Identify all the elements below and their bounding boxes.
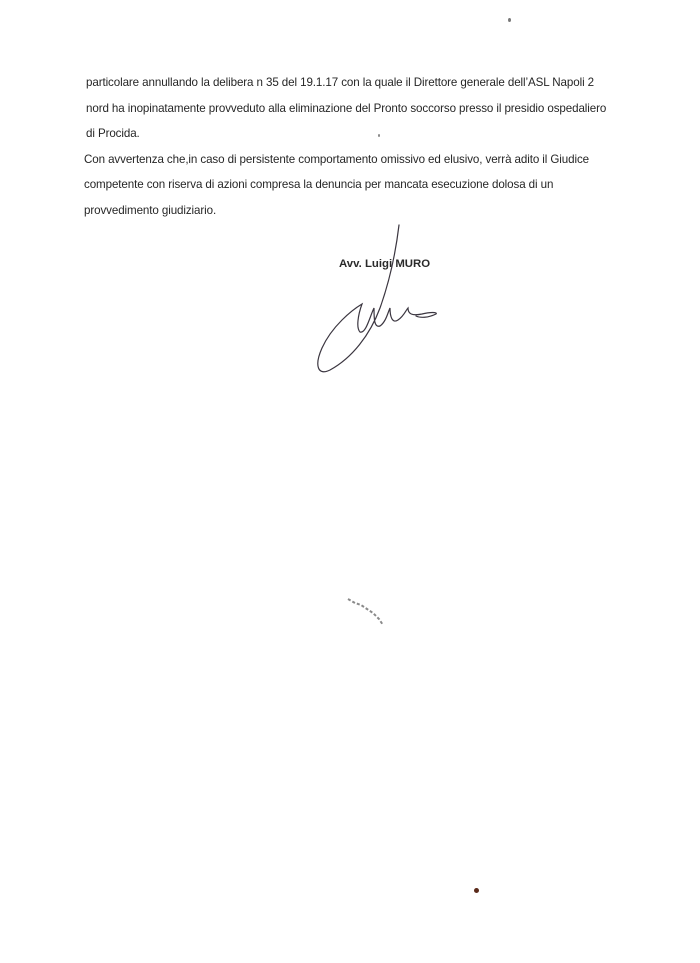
scan-artifact [508, 18, 511, 22]
scan-artifact [378, 134, 380, 137]
text-line: particolare annullando la delibera n 35 … [86, 76, 594, 89]
text-line: di Procida. [86, 127, 140, 140]
scan-artifact [345, 595, 390, 630]
text-line: Con avvertenza che,in caso di persistent… [84, 153, 589, 166]
text-line: provvedimento giudiziario. [84, 204, 216, 217]
scan-artifact [474, 888, 479, 893]
text-line: nord ha inopinatamente provveduto alla e… [86, 102, 606, 115]
handwritten-signature [300, 220, 460, 380]
text-line: competente con riserva di azioni compres… [84, 178, 553, 191]
